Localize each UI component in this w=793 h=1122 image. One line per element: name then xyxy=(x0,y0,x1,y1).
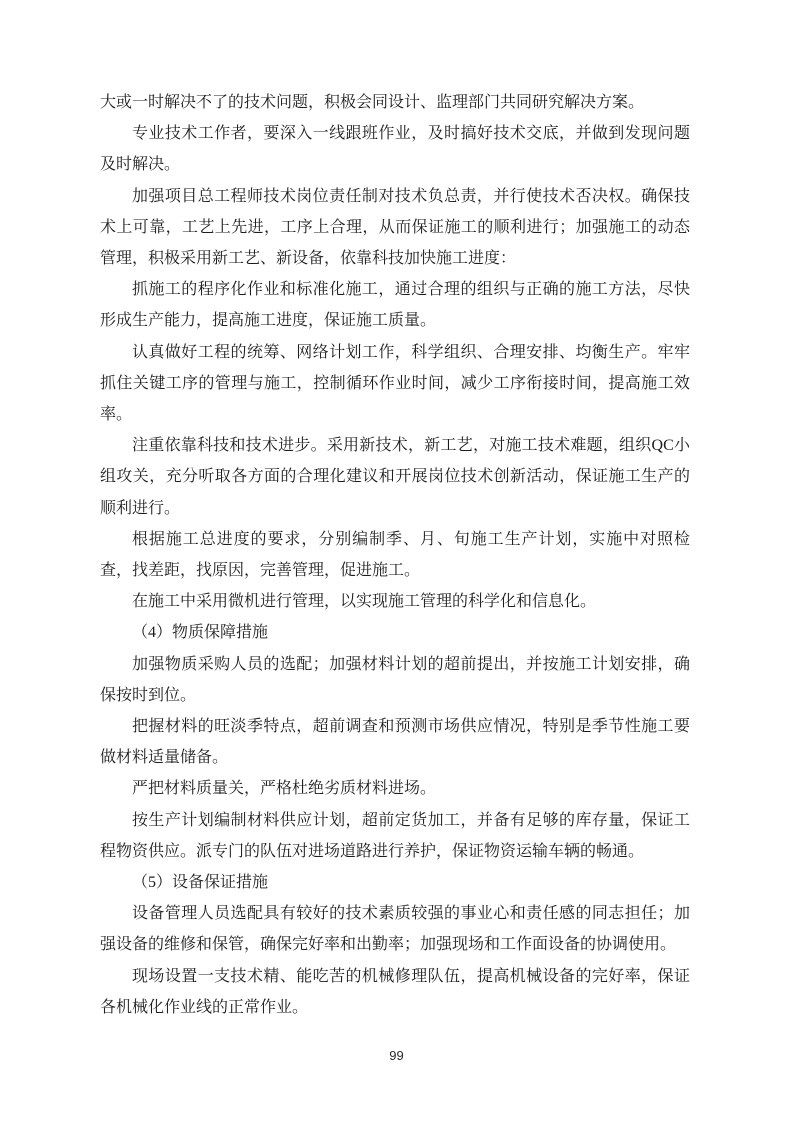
paragraph: 抓施工的程序化作业和标准化施工，通过合理的组织与正确的施工方法，尽快形成生产能力… xyxy=(100,274,690,336)
paragraph: 大或一时解决不了的技术问题，积极会同设计、监理部门共同研究解决方案。 xyxy=(100,87,690,118)
paragraph: 认真做好工程的统筹、网络计划工作，科学组织、合理安排、均衡生产。牢牢抓住关键工序… xyxy=(100,337,690,431)
page-number: 99 xyxy=(0,1048,793,1063)
paragraph: 根据施工总进度的要求，分别编制季、月、旬施工生产计划，实施中对照检查，找差距，找… xyxy=(100,524,690,586)
section-heading: （5）设备保证措施 xyxy=(100,867,690,898)
section-heading: （4）物质保障措施 xyxy=(100,617,690,648)
paragraph: 在施工中采用微机进行管理，以实现施工管理的科学化和信息化。 xyxy=(100,586,690,617)
paragraph: 严把材料质量关，严格杜绝劣质材料进场。 xyxy=(100,773,690,804)
paragraph: 加强项目总工程师技术岗位责任制对技术负总责，并行使技术否决权。确保技术上可靠，工… xyxy=(100,181,690,275)
paragraph: 设备管理人员选配具有较好的技术素质较强的事业心和责任感的同志担任；加强设备的维修… xyxy=(100,898,690,960)
paragraph: 加强物质采购人员的选配；加强材料计划的超前提出，并按施工计划安排，确保按时到位。 xyxy=(100,649,690,711)
paragraph: 按生产计划编制材料供应计划，超前定货加工，并备有足够的库存量，保证工程物资供应。… xyxy=(100,805,690,867)
document-body: 大或一时解决不了的技术问题，积极会同设计、监理部门共同研究解决方案。专业技术工作… xyxy=(100,87,690,1023)
document-page: 大或一时解决不了的技术问题，积极会同设计、监理部门共同研究解决方案。专业技术工作… xyxy=(0,0,793,1122)
paragraph: 现场设置一支技术精、能吃苦的机械修理队伍，提高机械设备的完好率，保证各机械化作业… xyxy=(100,961,690,1023)
paragraph: 专业技术工作者，要深入一线跟班作业，及时搞好技术交底，并做到发现问题及时解决。 xyxy=(100,118,690,180)
paragraph: 注重依靠科技和技术进步。采用新技术，新工艺，对施工技术难题，组织QC小组攻关，充… xyxy=(100,430,690,524)
paragraph: 把握材料的旺淡季特点，超前调查和预测市场供应情况，特别是季节性施工要做材料适量储… xyxy=(100,711,690,773)
